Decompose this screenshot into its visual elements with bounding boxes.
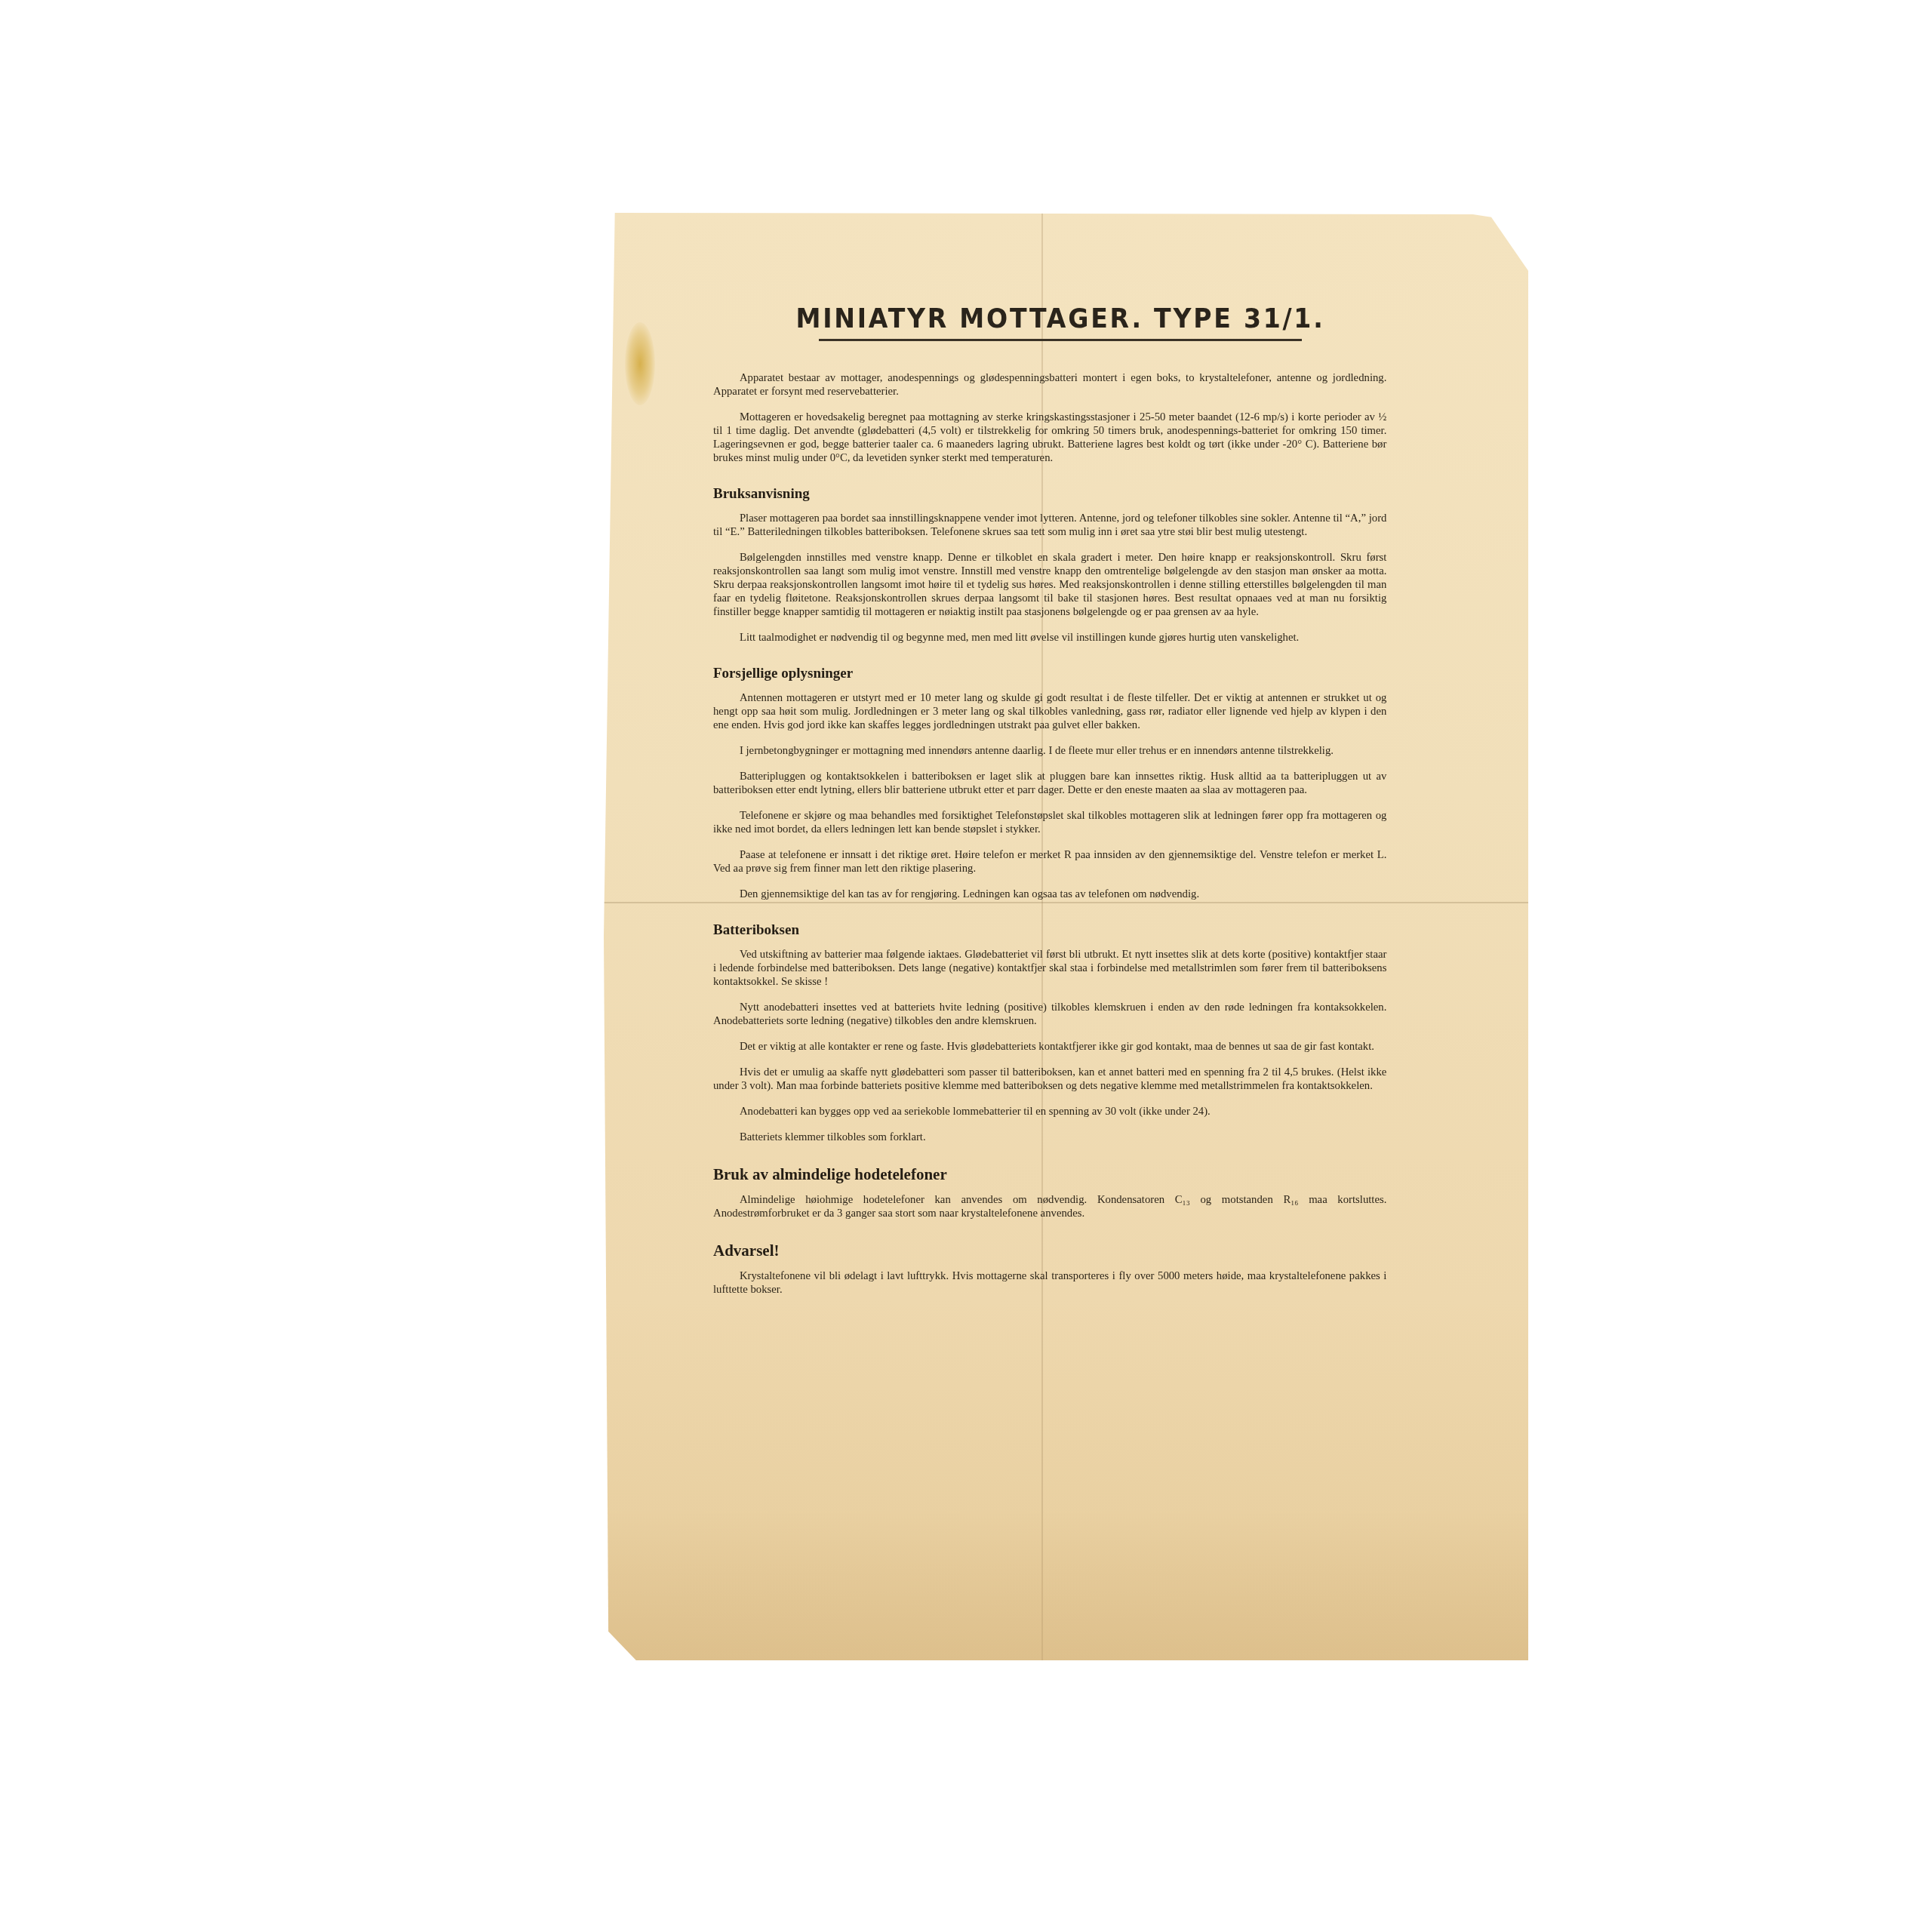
paragraph: Anodebatteri kan bygges opp ved aa serie…: [713, 1105, 1386, 1118]
section-heading: Advarsel!: [713, 1241, 1407, 1260]
intro-paragraph: Apparatet bestaar av mottager, anodespen…: [713, 371, 1386, 398]
section-forsjellige-oplysninger: Forsjellige oplysninger Antennen mottage…: [713, 666, 1407, 901]
section-bruksanvisning: Bruksanvisning Plaser mottageren paa bor…: [713, 486, 1407, 645]
section-advarsel: Advarsel! Krystaltefonene vil bli ødelag…: [713, 1241, 1407, 1297]
paragraph: Litt taalmodighet er nødvendig til og be…: [713, 631, 1386, 645]
title-underline: [819, 339, 1302, 341]
paper-shading: [604, 1509, 1528, 1660]
stain-mark: [625, 322, 655, 405]
paragraph: Paase at telefonene er innsatt i det rik…: [713, 848, 1386, 875]
section-heading: Forsjellige oplysninger: [713, 666, 1407, 682]
paragraph: Antennen mottageren er utstyrt med er 10…: [713, 691, 1386, 732]
section-heading: Bruksanvisning: [713, 486, 1407, 503]
intro-paragraph: Mottageren er hovedsakelig beregnet paa …: [713, 411, 1386, 465]
paragraph: Almindelige høiohmige hodetelefoner kan …: [713, 1193, 1386, 1220]
paragraph: Batteriets klemmer tilkobles som forklar…: [713, 1131, 1386, 1144]
paragraph: Krystaltefonene vil bli ødelagt i lavt l…: [713, 1269, 1386, 1297]
paragraph: Plaser mottageren paa bordet saa innstil…: [713, 512, 1386, 539]
paragraph: I jernbetongbygninger er mottagning med …: [713, 744, 1386, 758]
document-paper: MINIATYR MOTTAGER. TYPE 31/1. Apparatet …: [604, 213, 1528, 1660]
section-batteriboksen: Batteriboksen Ved utskiftning av batteri…: [713, 922, 1407, 1144]
paragraph: Telefonene er skjøre og maa behandles me…: [713, 809, 1386, 836]
paragraph: Den gjennemsiktige del kan tas av for re…: [713, 888, 1386, 901]
paragraph: Hvis det er umulig aa skaffe nytt glødeb…: [713, 1066, 1386, 1093]
section-heading: Bruk av almindelige hodetelefoner: [713, 1165, 1407, 1184]
paragraph: Ved utskiftning av batterier maa følgend…: [713, 948, 1386, 989]
paragraph: Batteripluggen og kontaktsokkelen i batt…: [713, 770, 1386, 797]
document-content: MINIATYR MOTTAGER. TYPE 31/1. Apparatet …: [713, 303, 1407, 1309]
paragraph: Bølgelengden innstilles med venstre knap…: [713, 551, 1386, 619]
section-hodetelefoner: Bruk av almindelige hodetelefoner Almind…: [713, 1165, 1407, 1220]
document-title: MINIATYR MOTTAGER. TYPE 31/1.: [741, 303, 1380, 334]
paragraph: Nytt anodebatteri insettes ved at batter…: [713, 1001, 1386, 1028]
paragraph: Det er viktig at alle kontakter er rene …: [713, 1040, 1386, 1054]
section-heading: Batteriboksen: [713, 922, 1407, 939]
